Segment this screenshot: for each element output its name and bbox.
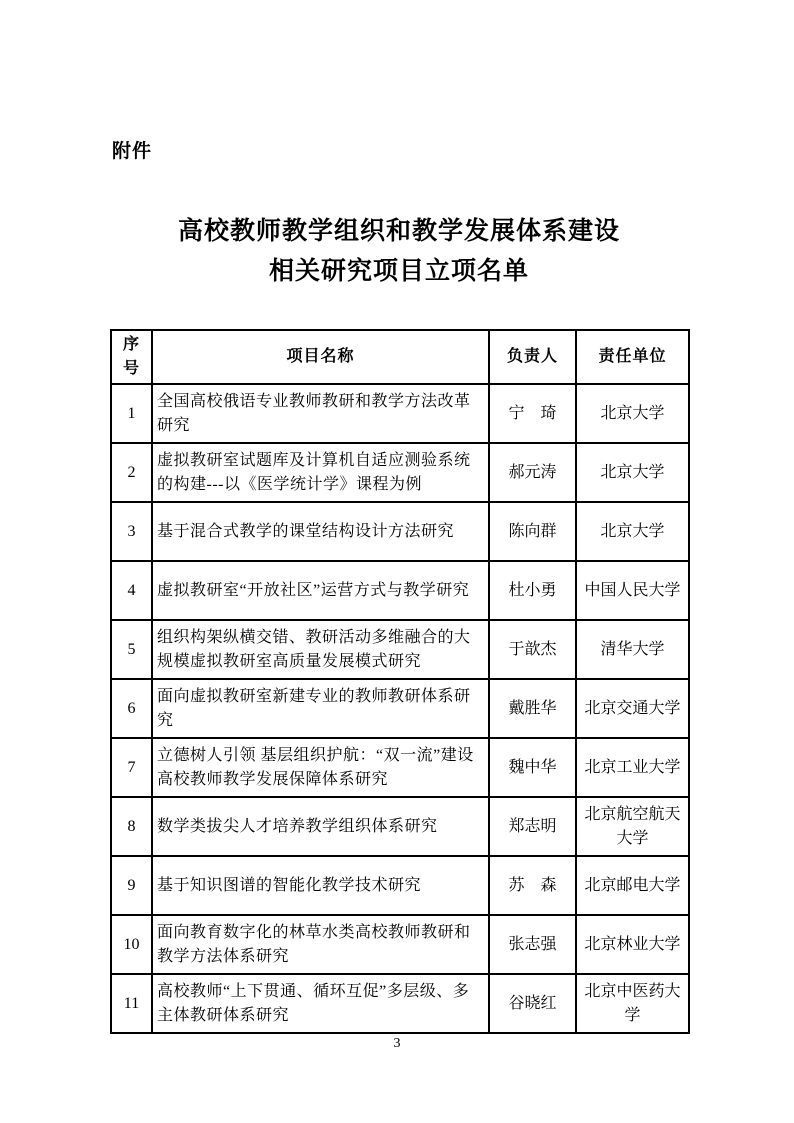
row-number-cell: 5 [111, 620, 152, 679]
project-name-cell: 基于混合式教学的课堂结构设计方法研究 [152, 502, 489, 561]
table-row: 6面向虚拟教研室新建专业的教师教研体系研究戴胜华北京交通大学 [111, 679, 689, 738]
project-name-cell: 基于知识图谱的智能化教学技术研究 [152, 856, 489, 915]
table-row: 8数学类拔尖人才培养教学组织体系研究郑志明北京航空航天大学 [111, 797, 689, 856]
project-name-cell: 立德树人引领 基层组织护航：“双一流”建设高校教师教学发展保障体系研究 [152, 738, 489, 797]
table-row: 1全国高校俄语专业教师教研和教学方法改革研究宁 琦北京大学 [111, 384, 689, 443]
unit-name-cell: 清华大学 [576, 620, 689, 679]
page-number: 3 [0, 1036, 794, 1052]
row-number-cell: 2 [111, 443, 152, 502]
leader-name-cell: 陈向群 [489, 502, 576, 561]
table-row: 9基于知识图谱的智能化教学技术研究苏 森北京邮电大学 [111, 856, 689, 915]
unit-name-cell: 北京大学 [576, 443, 689, 502]
row-number-cell: 1 [111, 384, 152, 443]
leader-name-cell: 于歆杰 [489, 620, 576, 679]
table-row: 3基于混合式教学的课堂结构设计方法研究陈向群北京大学 [111, 502, 689, 561]
table-row: 10面向教育数字化的林草水类高校教师教研和教学方法体系研究张志强北京林业大学 [111, 915, 689, 974]
project-name-cell: 虚拟教研室试题库及计算机自适应测验系统的构建---以《医学统计学》课程为例 [152, 443, 489, 502]
project-name-cell: 全国高校俄语专业教师教研和教学方法改革研究 [152, 384, 489, 443]
leader-name-cell: 苏 森 [489, 856, 576, 915]
table-row: 2虚拟教研室试题库及计算机自适应测验系统的构建---以《医学统计学》课程为例郝元… [111, 443, 689, 502]
table-row: 5组织构架纵横交错、教研活动多维融合的大规模虚拟教研室高质量发展模式研究于歆杰清… [111, 620, 689, 679]
unit-name-cell: 北京邮电大学 [576, 856, 689, 915]
attachment-label: 附件 [112, 136, 152, 163]
unit-name-cell: 北京大学 [576, 502, 689, 561]
header-unit: 责任单位 [576, 330, 689, 384]
unit-name-cell: 北京大学 [576, 384, 689, 443]
unit-name-cell: 北京交通大学 [576, 679, 689, 738]
leader-name-cell: 杜小勇 [489, 561, 576, 620]
table-row: 7立德树人引领 基层组织护航：“双一流”建设高校教师教学发展保障体系研究魏中华北… [111, 738, 689, 797]
table-row: 4虚拟教研室“开放社区”运营方式与教学研究杜小勇中国人民大学 [111, 561, 689, 620]
document-page: 附件 高校教师教学组织和教学发展体系建设 相关研究项目立项名单 序号 项目名称 … [0, 0, 794, 1123]
table-row: 11高校教师“上下贯通、循环互促”多层级、多主体教研体系研究谷晓红北京中医药大学 [111, 974, 689, 1033]
leader-name-cell: 谷晓红 [489, 974, 576, 1033]
row-number-cell: 10 [111, 915, 152, 974]
header-project-name: 项目名称 [152, 330, 489, 384]
project-name-cell: 高校教师“上下贯通、循环互促”多层级、多主体教研体系研究 [152, 974, 489, 1033]
row-number-cell: 9 [111, 856, 152, 915]
leader-name-cell: 张志强 [489, 915, 576, 974]
row-number-cell: 8 [111, 797, 152, 856]
leader-name-cell: 宁 琦 [489, 384, 576, 443]
project-table: 序号 项目名称 负责人 责任单位 1全国高校俄语专业教师教研和教学方法改革研究宁… [110, 329, 690, 1034]
row-number-cell: 7 [111, 738, 152, 797]
unit-name-cell: 中国人民大学 [576, 561, 689, 620]
unit-name-cell: 北京林业大学 [576, 915, 689, 974]
unit-name-cell: 北京航空航天大学 [576, 797, 689, 856]
row-number-cell: 6 [111, 679, 152, 738]
leader-name-cell: 魏中华 [489, 738, 576, 797]
document-title: 高校教师教学组织和教学发展体系建设 相关研究项目立项名单 [110, 212, 688, 292]
row-number-cell: 4 [111, 561, 152, 620]
row-number-cell: 11 [111, 974, 152, 1033]
leader-name-cell: 郑志明 [489, 797, 576, 856]
leader-name-cell: 郝元涛 [489, 443, 576, 502]
row-number-cell: 3 [111, 502, 152, 561]
unit-name-cell: 北京中医药大学 [576, 974, 689, 1033]
unit-name-cell: 北京工业大学 [576, 738, 689, 797]
header-seq-no: 序号 [111, 330, 152, 384]
project-name-cell: 数学类拔尖人才培养教学组织体系研究 [152, 797, 489, 856]
project-name-cell: 组织构架纵横交错、教研活动多维融合的大规模虚拟教研室高质量发展模式研究 [152, 620, 489, 679]
project-name-cell: 虚拟教研室“开放社区”运营方式与教学研究 [152, 561, 489, 620]
project-name-cell: 面向虚拟教研室新建专业的教师教研体系研究 [152, 679, 489, 738]
leader-name-cell: 戴胜华 [489, 679, 576, 738]
table-header-row: 序号 项目名称 负责人 责任单位 [111, 330, 689, 384]
project-name-cell: 面向教育数字化的林草水类高校教师教研和教学方法体系研究 [152, 915, 489, 974]
header-leader: 负责人 [489, 330, 576, 384]
title-line-2: 相关研究项目立项名单 [110, 252, 688, 292]
table-body: 1全国高校俄语专业教师教研和教学方法改革研究宁 琦北京大学2虚拟教研室试题库及计… [111, 384, 689, 1033]
title-line-1: 高校教师教学组织和教学发展体系建设 [110, 212, 688, 252]
